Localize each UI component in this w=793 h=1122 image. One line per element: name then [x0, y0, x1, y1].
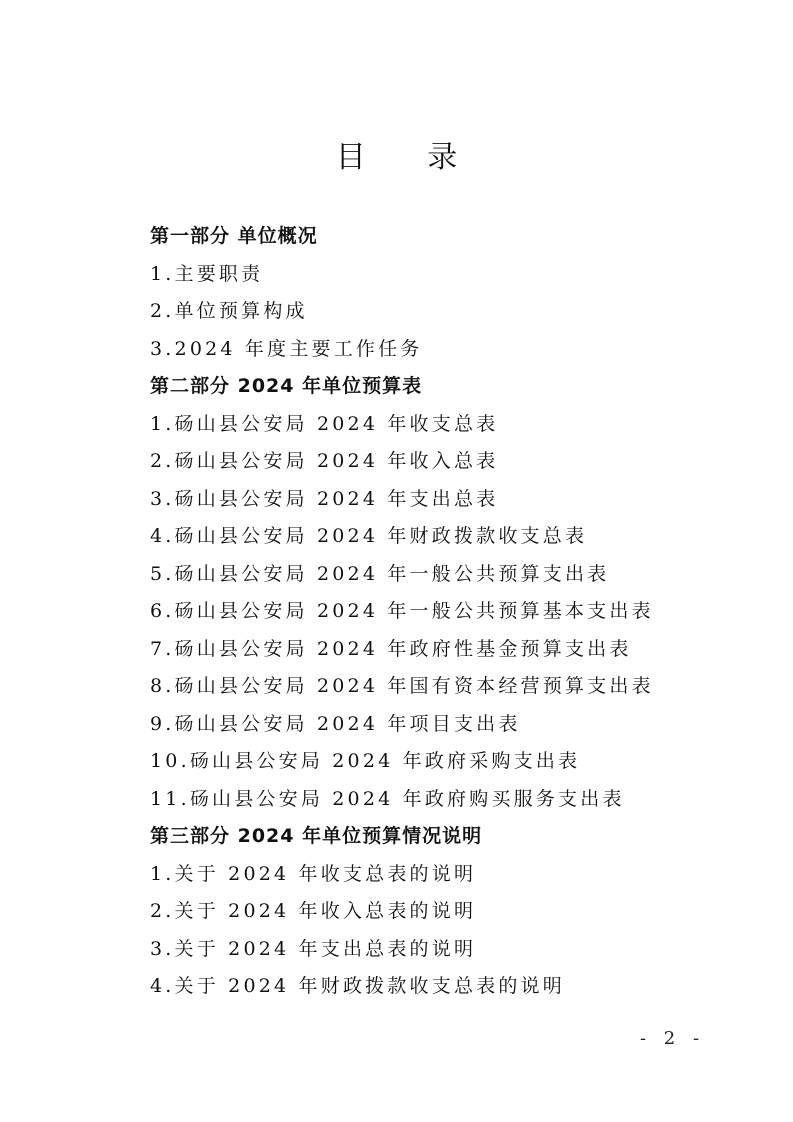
- toc-item: 3.2024 年度主要工作任务: [150, 331, 750, 369]
- toc-item: 3.关于 2024 年支出总表的说明: [150, 931, 750, 969]
- toc-item: 3.砀山县公安局 2024 年支出总表: [150, 481, 750, 519]
- toc-item: 7.砀山县公安局 2024 年政府性基金预算支出表: [150, 631, 750, 669]
- toc-section-heading-part1: 第一部分 单位概况: [150, 218, 750, 256]
- toc-item: 2.砀山县公安局 2024 年收入总表: [150, 443, 750, 481]
- toc-item: 2.关于 2024 年收入总表的说明: [150, 893, 750, 931]
- toc-item: 4.砀山县公安局 2024 年财政拨款收支总表: [150, 518, 750, 556]
- toc-item: 10.砀山县公安局 2024 年政府采购支出表: [150, 743, 750, 781]
- toc-item: 11.砀山县公安局 2024 年政府购买服务支出表: [150, 781, 750, 819]
- toc-item: 1.关于 2024 年收支总表的说明: [150, 856, 750, 894]
- toc-item: 4.关于 2024 年财政拨款收支总表的说明: [150, 968, 750, 1006]
- toc-item: 5.砀山县公安局 2024 年一般公共预算支出表: [150, 556, 750, 594]
- toc-item: 6.砀山县公安局 2024 年一般公共预算基本支出表: [150, 593, 750, 631]
- toc-section-heading-part3: 第三部分 2024 年单位预算情况说明: [150, 818, 750, 856]
- toc-item: 8.砀山县公安局 2024 年国有资本经营预算支出表: [150, 668, 750, 706]
- toc-item: 1.砀山县公安局 2024 年收支总表: [150, 406, 750, 444]
- table-of-contents: 第一部分 单位概况 1.主要职责 2.单位预算构成 3.2024 年度主要工作任…: [150, 218, 750, 1006]
- page-number: - 2 -: [640, 1028, 705, 1049]
- toc-item: 1.主要职责: [150, 256, 750, 294]
- toc-item: 2.单位预算构成: [150, 293, 750, 331]
- page-title: 目 录: [0, 138, 793, 178]
- toc-section-heading-part2: 第二部分 2024 年单位预算表: [150, 368, 750, 406]
- toc-item: 9.砀山县公安局 2024 年项目支出表: [150, 706, 750, 744]
